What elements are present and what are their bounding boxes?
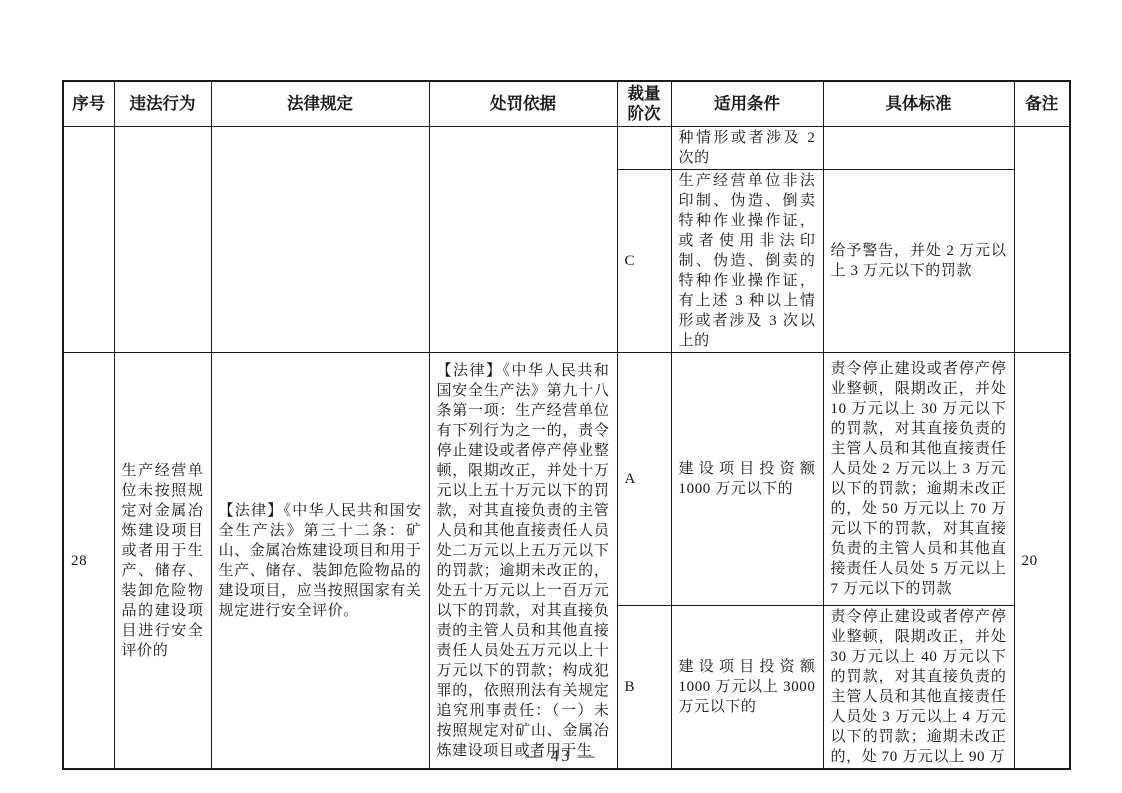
header-serial: 序号 [63,81,114,127]
carryover-legal-cell [211,127,429,353]
header-row: 序号 违法行为 法律规定 处罚依据 裁量阶次 适用条件 具体标准 备注 [63,81,1070,127]
violation-cell: 生产经营单位未按照规定对金属冶炼建设项目或者用于生产、储存、装卸危险物品的建设项… [114,353,211,770]
condition-a-cell: 建设项目投资额 1000 万元以下的 [671,353,823,606]
document-page: 序号 违法行为 法律规定 处罚依据 裁量阶次 适用条件 具体标准 备注 种情形或… [0,0,1122,793]
entry-28-level-a-row: 28 生产经营单位未按照规定对金属冶炼建设项目或者用于生产、储存、装卸危险物品的… [63,353,1070,606]
carryover-partial-condition-cell: 种情形或者涉及 2 次的 [671,127,823,170]
level-c-cell: C [617,170,671,353]
serial-cell: 28 [63,353,114,770]
carryover-partial-standard-cell [823,127,1014,170]
carryover-violation-cell [114,127,211,353]
header-discretion-level: 裁量阶次 [617,81,671,127]
carryover-serial-cell [63,127,114,353]
carryover-basis-cell [429,127,617,353]
penalty-basis-cell: 【法律】《中华人民共和国安全生产法》第九十八条第一项：生产经营单位有下列行为之一… [429,353,617,770]
header-condition: 适用条件 [671,81,823,127]
page-number: — 43 — [0,746,1122,766]
level-b-cell: B [617,606,671,770]
header-violation: 违法行为 [114,81,211,127]
condition-c-cell: 生产经营单位非法印制、伪造、倒卖特种作业操作证，或者使用非法印制、伪造、倒卖的特… [671,170,823,353]
header-penalty-basis: 处罚依据 [429,81,617,127]
legal-provision-cell: 【法律】《中华人民共和国安全生产法》第三十二条：矿山、金属冶炼建设项目和用于生产… [211,353,429,770]
level-a-cell: A [617,353,671,606]
standard-c-cell: 给予警告，并处 2 万元以上 3 万元以下的罚款 [823,170,1014,353]
carryover-partial-row: 种情形或者涉及 2 次的 [63,127,1070,170]
header-legal-provision: 法律规定 [211,81,429,127]
header-remark: 备注 [1014,81,1070,127]
carryover-partial-level-cell [617,127,671,170]
carryover-remark-cell [1014,127,1070,353]
condition-b-cell: 建设项目投资额 1000 万元以上 3000 万元以下的 [671,606,823,770]
standard-a-cell: 责令停止建设或者停产停业整顿，限期改正，并处 10 万元以上 30 万元以下的罚… [823,353,1014,606]
header-standard: 具体标准 [823,81,1014,127]
penalty-discretion-table: 序号 违法行为 法律规定 处罚依据 裁量阶次 适用条件 具体标准 备注 种情形或… [62,80,1071,770]
remark-cell: 20 [1014,353,1070,770]
standard-b-cell: 责令停止建设或者停产停业整顿，限期改正，并处 30 万元以上 40 万元以下的罚… [823,606,1014,770]
